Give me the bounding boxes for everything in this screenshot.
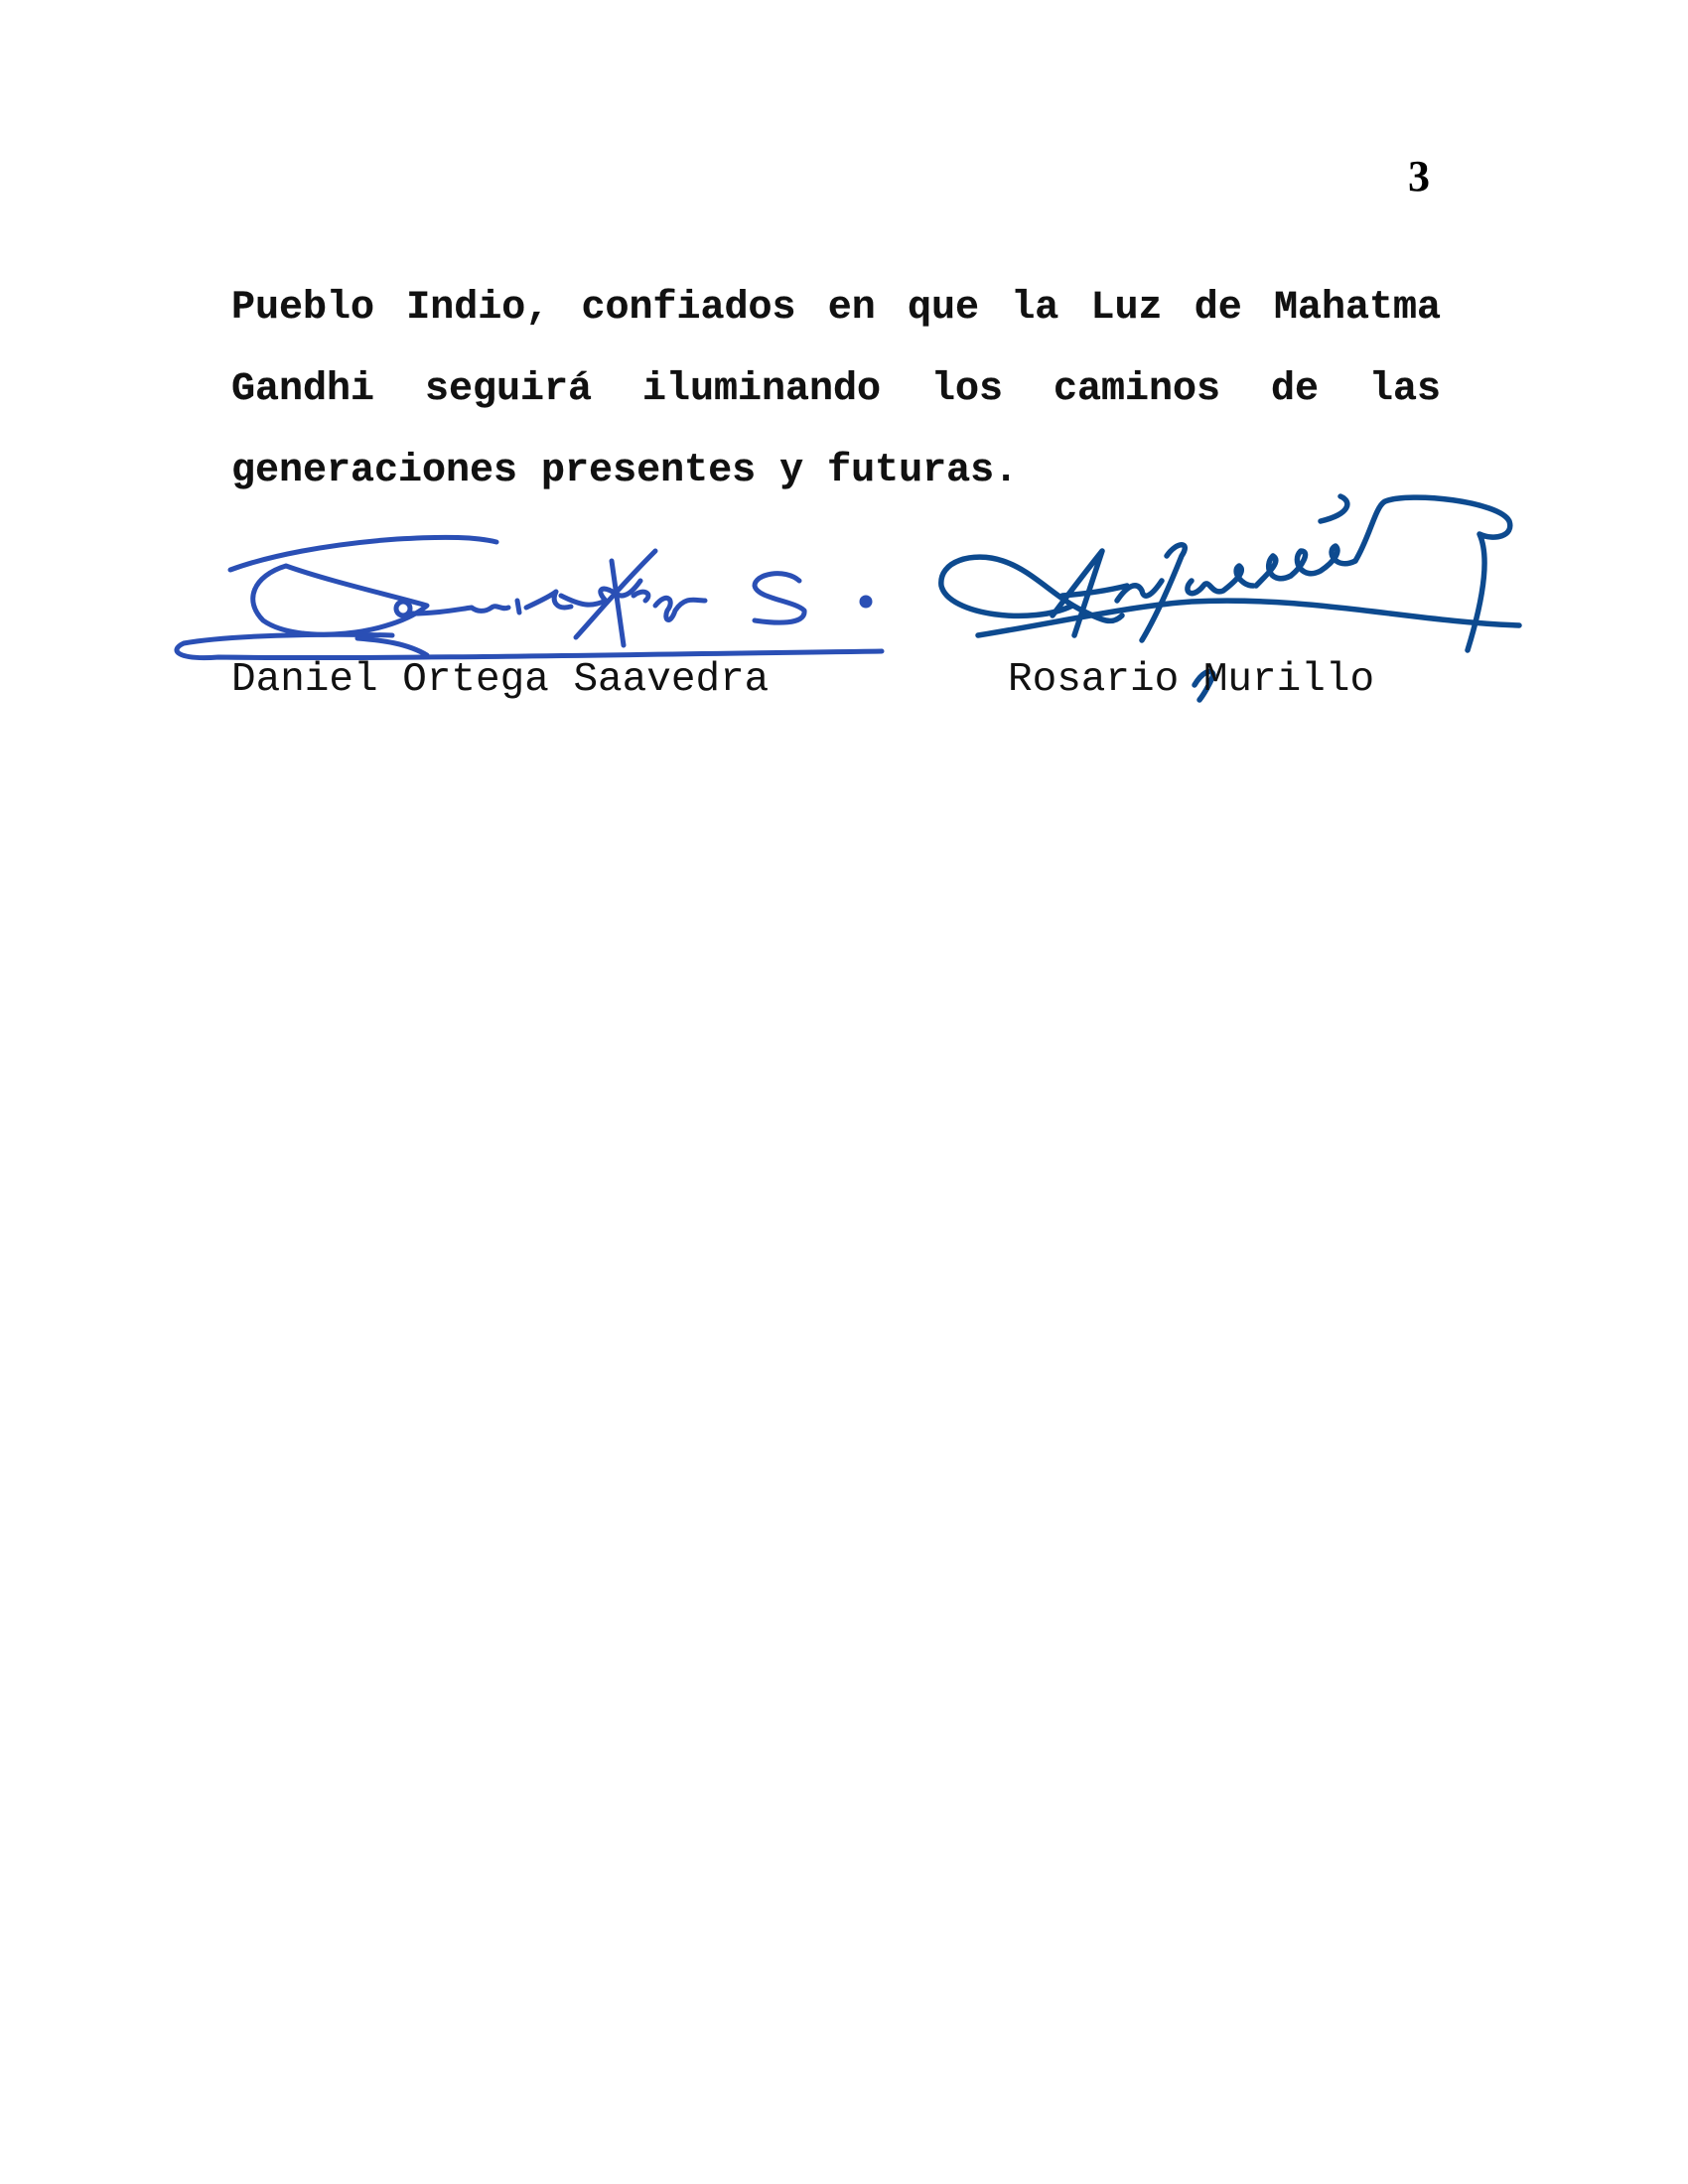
body-line: Pueblo Indio, confiados en que la Luz de… <box>231 268 1441 349</box>
signature-daniel-ortega <box>177 537 882 657</box>
body-paragraph: Pueblo Indio, confiados en que la Luz de… <box>231 268 1441 512</box>
body-line: generaciones presentes y futuras. <box>231 431 1441 512</box>
body-line: Gandhi seguirá iluminando los caminos de… <box>231 349 1441 431</box>
page-number: 3 <box>1408 151 1430 202</box>
signer-name-rosario-murillo: Rosario Murillo <box>1008 657 1374 703</box>
signer-name-daniel-ortega: Daniel Ortega Saavedra <box>231 657 769 703</box>
